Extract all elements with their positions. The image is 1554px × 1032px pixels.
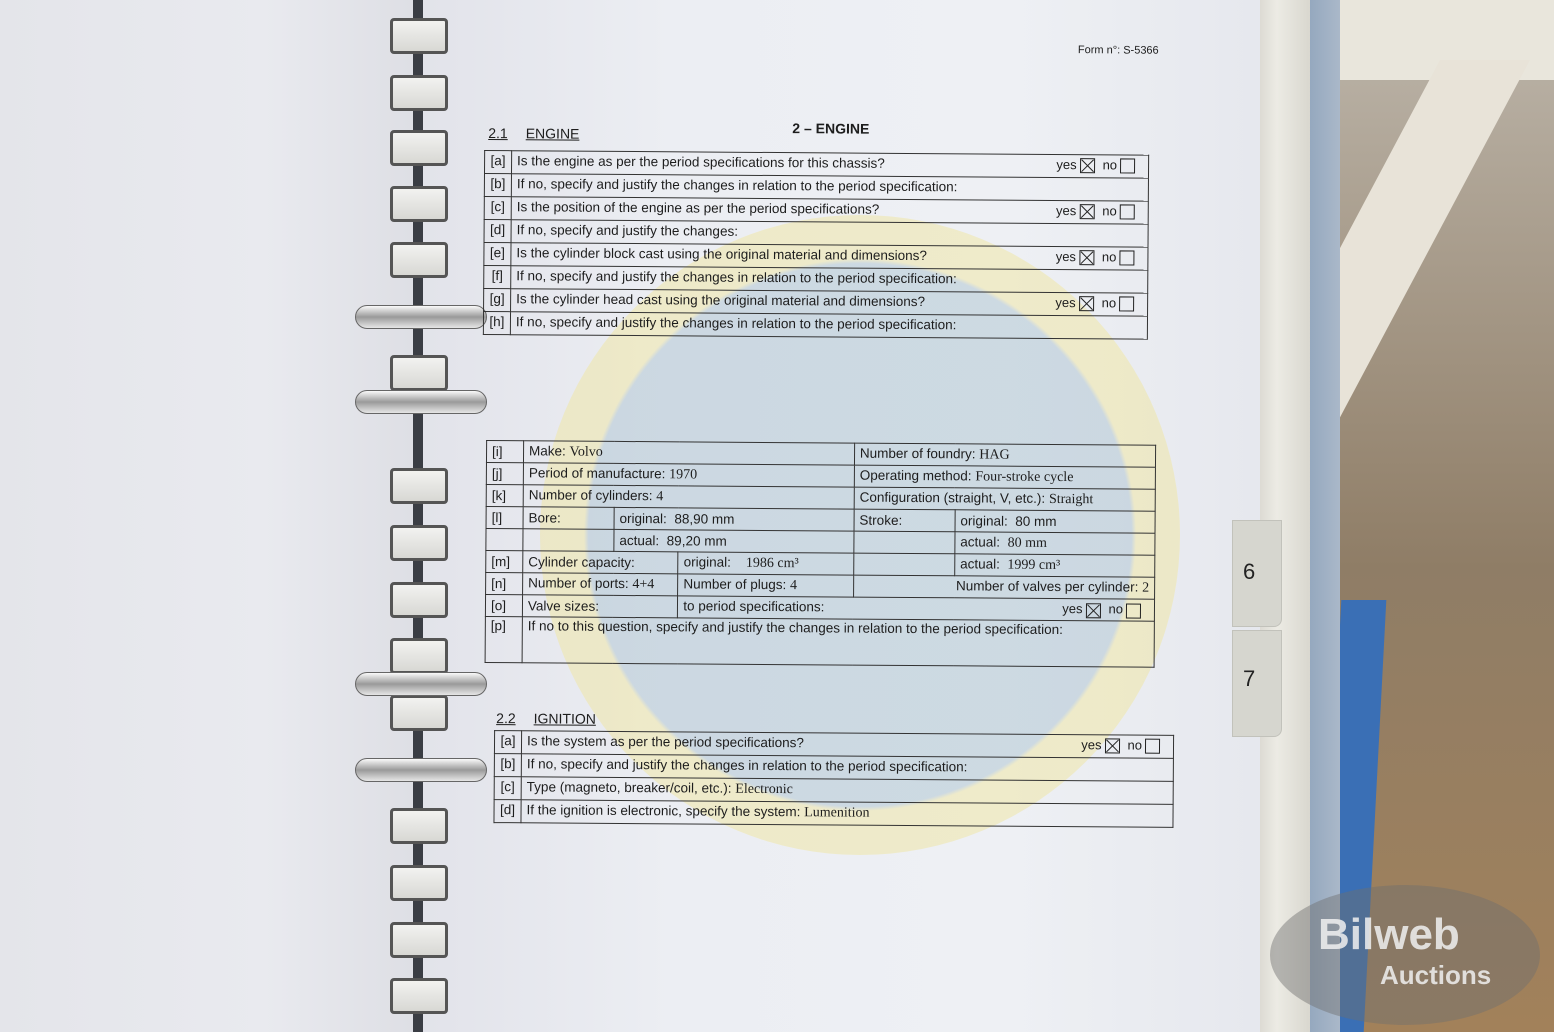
justification-field[interactable]: If no, specify and justify the changes i…	[510, 312, 1147, 339]
binding-coil	[390, 75, 448, 111]
section-engine-title: 2.1ENGINE	[488, 125, 579, 142]
yes-checkbox[interactable]	[1104, 738, 1119, 753]
bore-actual-value[interactable]: 89,20 mm	[667, 533, 727, 548]
binding-coil	[390, 808, 448, 844]
binding-coil	[390, 242, 448, 278]
no-checkbox[interactable]	[1119, 250, 1134, 265]
period-value[interactable]: 1970	[669, 467, 697, 482]
binder-ring	[355, 758, 487, 782]
binding-coil	[390, 355, 448, 391]
engine-questions-table: [a]Is the engine as per the period speci…	[483, 150, 1149, 340]
question-row: [h]If no, specify and justify the change…	[483, 311, 1147, 339]
yes-no-choice: yesno	[1081, 737, 1168, 754]
no-checkbox[interactable]	[1120, 158, 1135, 173]
no-checkbox[interactable]	[1119, 296, 1134, 311]
spiral-binding	[390, 0, 470, 1032]
yes-checkbox[interactable]	[1079, 250, 1094, 265]
binding-coil	[390, 695, 448, 731]
valves-value[interactable]: 2	[1142, 581, 1149, 596]
yes-no-choice: yesno	[1056, 157, 1143, 174]
page-stack-edge	[1255, 0, 1310, 1032]
binding-coil	[390, 638, 448, 674]
binding-coil	[390, 186, 448, 222]
yes-no-choice: yesno	[1062, 602, 1149, 619]
make-value[interactable]: Volvo	[570, 445, 603, 460]
operating-method-value[interactable]: Four-stroke cycle	[975, 469, 1073, 485]
stroke-original-value[interactable]: 80 mm	[1015, 514, 1056, 529]
divider-tab[interactable]: 7	[1232, 630, 1282, 737]
yes-no-choice: yesno	[1056, 249, 1143, 266]
configuration-value[interactable]: Straight	[1049, 492, 1093, 507]
binding-coil	[390, 130, 448, 166]
binding-coil	[390, 525, 448, 561]
stroke-actual-value[interactable]: 80 mm	[1008, 536, 1047, 551]
capacity-original-value[interactable]: 1986 cm³	[746, 556, 799, 571]
capacity-actual-value[interactable]: 1999 cm³	[1007, 558, 1060, 573]
cylinders-value[interactable]: 4	[656, 489, 663, 504]
justification-field[interactable]: If no to this question, specify and just…	[522, 617, 1154, 667]
binder-ring	[355, 390, 487, 414]
page-title: 2 – ENGINE	[792, 120, 869, 137]
engine-specs-table: [i] Make: Volvo Number of foundry: HAG […	[485, 440, 1157, 668]
no-checkbox[interactable]	[1120, 204, 1135, 219]
binding-coil	[390, 978, 448, 1014]
binding-coil	[390, 865, 448, 901]
ports-value[interactable]: 4+4	[632, 577, 654, 592]
yes-no-choice: yesno	[1055, 295, 1142, 312]
binder-ring	[355, 305, 487, 329]
binding-coil	[390, 922, 448, 958]
ignition-type-value[interactable]: Electronic	[735, 782, 793, 797]
foundry-value[interactable]: HAG	[979, 447, 1009, 462]
plugs-value[interactable]: 4	[790, 578, 797, 593]
yes-no-choice: yesno	[1056, 203, 1143, 220]
section-ignition-title: 2.2IGNITION	[496, 710, 596, 727]
yes-checkbox[interactable]	[1080, 158, 1095, 173]
ignition-system-value[interactable]: Lumenition	[804, 805, 869, 820]
spec-row: [p] If no to this question, specify and …	[485, 617, 1154, 668]
yes-checkbox[interactable]	[1079, 204, 1094, 219]
binder-ring	[355, 672, 487, 696]
yes-checkbox[interactable]	[1085, 603, 1100, 618]
ignition-questions-table: [a]Is the system as per the period speci…	[493, 730, 1174, 828]
divider-tabs: 6 7	[1232, 520, 1282, 750]
form-number: Form n°: S-5366	[1078, 44, 1159, 57]
left-page	[0, 0, 440, 1032]
question-row: [d]If the ignition is electronic, specif…	[494, 800, 1173, 828]
binding-coil	[390, 468, 448, 504]
binding-coil	[390, 18, 448, 54]
bore-original-value[interactable]: 88,90 mm	[674, 511, 734, 526]
no-checkbox[interactable]	[1145, 739, 1160, 754]
binding-coil	[390, 582, 448, 618]
no-checkbox[interactable]	[1126, 603, 1141, 618]
yes-checkbox[interactable]	[1079, 296, 1094, 311]
bilweb-auctions-watermark: Bilweb Auctions	[1270, 885, 1540, 1025]
divider-tab[interactable]: 6	[1232, 520, 1282, 627]
